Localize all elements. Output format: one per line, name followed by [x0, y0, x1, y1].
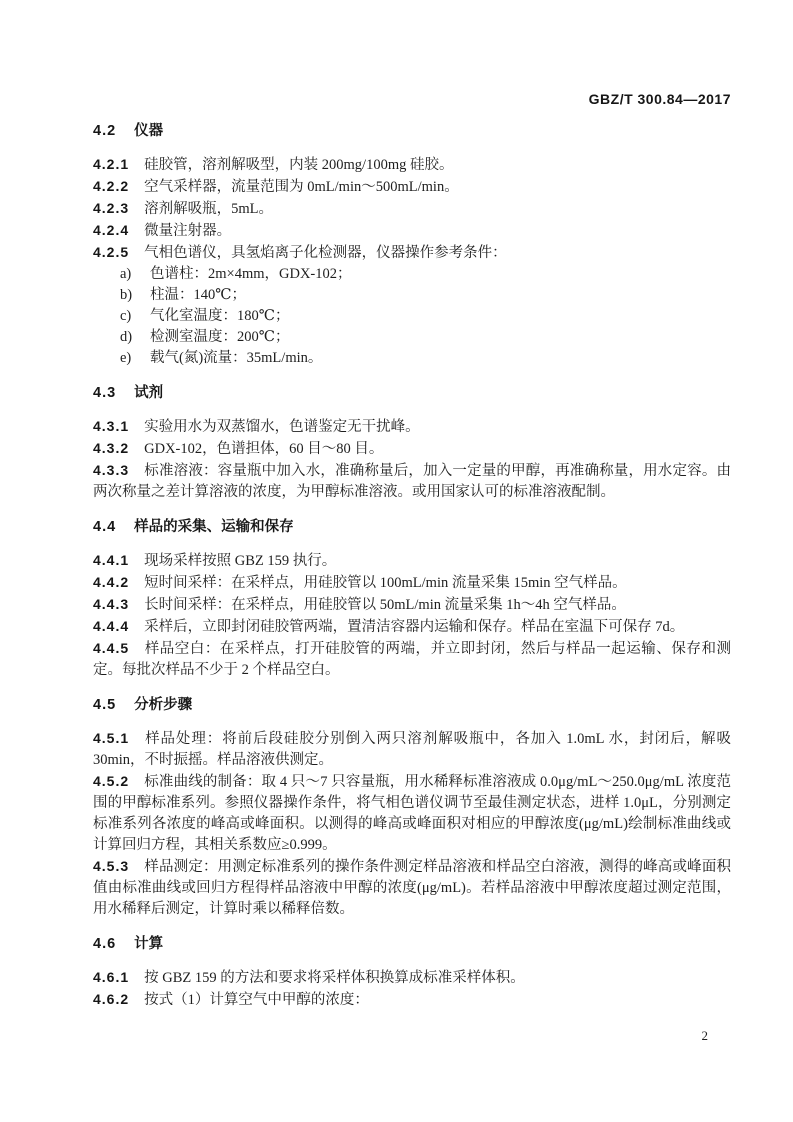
- condition-list: a)色谱柱：2m×4mm，GDX-102； b)柱温：140℃； c)气化室温度…: [93, 264, 731, 369]
- section-title: 计算: [134, 936, 163, 952]
- clause-number: 4.4.3: [93, 596, 129, 612]
- clause-number: 4.3.1: [93, 418, 129, 434]
- clause-4-4-2: 4.4.2短时间采样：在采样点，用硅胶管以 100mL/min 流量采集 15m…: [93, 572, 731, 594]
- section-calculation: 4.6计算 4.6.1按 GBZ 159 的方法和要求将采样体积换算成标准采样体…: [93, 934, 731, 1011]
- clause-text: 硅胶管，溶剂解吸型，内装 200mg/100mg 硅胶。: [144, 157, 453, 173]
- clause-text: 实验用水为双蒸馏水，色谱鉴定无干扰峰。: [144, 419, 420, 435]
- list-item-b: b)柱温：140℃；: [93, 285, 731, 306]
- clause-4-5-1: 4.5.1样品处理：将前后段硅胶分别倒入两只溶剂解吸瓶中，各加入 1.0mL 水…: [93, 728, 731, 771]
- clause-number: 4.4.4: [93, 618, 129, 634]
- clause-4-4-4: 4.4.4采样后，立即封闭硅胶管两端，置清洁容器内运输和保存。样品在室温下可保存…: [93, 616, 731, 638]
- clause-text: 样品测定：用测定标准系列的操作条件测定样品溶液和样品空白溶液，测得的峰高或峰面积…: [93, 859, 731, 917]
- page-content: GBZ/T 300.84—2017 4.2仪器 4.2.1硅胶管，溶剂解吸型，内…: [93, 0, 731, 1011]
- clause-number: 4.3.3: [93, 462, 129, 478]
- clause-4-5-3: 4.5.3样品测定：用测定标准系列的操作条件测定样品溶液和样品空白溶液，测得的峰…: [93, 856, 731, 920]
- clause-number: 4.4.5: [93, 640, 129, 656]
- clause-text: 空气采样器，流量范围为 0mL/min～500mL/min。: [144, 179, 459, 195]
- clause-number: 4.2.3: [93, 200, 129, 216]
- list-text: 检测室温度：200℃；: [150, 329, 289, 345]
- list-marker: c): [120, 306, 150, 327]
- clause-text: 按式（1）计算空气中甲醇的浓度：: [144, 992, 369, 1008]
- clause-4-4-1: 4.4.1现场采样按照 GBZ 159 执行。: [93, 550, 731, 572]
- section-number: 4.2: [93, 121, 116, 142]
- page-number: 2: [702, 1028, 709, 1044]
- list-text: 色谱柱：2m×4mm，GDX-102；: [150, 266, 352, 282]
- clause-number: 4.5.3: [93, 858, 129, 874]
- section-heading-reagents: 4.3试剂: [93, 383, 731, 404]
- clause-text: 样品处理：将前后段硅胶分别倒入两只溶剂解吸瓶中，各加入 1.0mL 水，封闭后，…: [93, 731, 731, 768]
- clause-text: 长时间采样：在采样点，用硅胶管以 50mL/min 流量采集 1h～4h 空气样…: [144, 597, 626, 613]
- clause-text: 标准溶液：容量瓶中加入水，准确称量后，加入一定量的甲醇，再准确称量，用水定容。由…: [93, 463, 731, 500]
- list-marker: a): [120, 264, 150, 285]
- clause-number: 4.4.2: [93, 574, 129, 590]
- list-item-e: e)载气(氮)流量：35mL/min。: [93, 348, 731, 369]
- clause-text: 气相色谱仪，具氢焰离子化检测器，仪器操作参考条件：: [144, 245, 507, 261]
- clause-4-2-1: 4.2.1硅胶管，溶剂解吸型，内装 200mg/100mg 硅胶。: [93, 154, 731, 176]
- section-title: 仪器: [134, 123, 163, 139]
- clause-text: 按 GBZ 159 的方法和要求将采样体积换算成标准采样体积。: [144, 970, 525, 986]
- clause-text: 标准曲线的制备：取 4 只～7 只容量瓶，用水稀释标准溶液成 0.0μg/mL～…: [93, 774, 731, 853]
- clause-number: 4.4.1: [93, 552, 129, 568]
- clause-4-2-4: 4.2.4微量注射器。: [93, 220, 731, 242]
- clause-text: 溶剂解吸瓶，5mL。: [144, 201, 273, 217]
- clause-4-3-2: 4.3.2GDX-102，色谱担体，60 目～80 目。: [93, 438, 731, 460]
- clause-text: 短时间采样：在采样点，用硅胶管以 100mL/min 流量采集 15min 空气…: [144, 575, 627, 591]
- clause-4-6-2: 4.6.2按式（1）计算空气中甲醇的浓度：: [93, 989, 731, 1011]
- list-item-c: c)气化室温度：180℃；: [93, 306, 731, 327]
- document-page: GBZ/T 300.84—2017 4.2仪器 4.2.1硅胶管，溶剂解吸型，内…: [0, 0, 793, 1122]
- section-sampling: 4.4样品的采集、运输和保存 4.4.1现场采样按照 GBZ 159 执行。 4…: [93, 517, 731, 681]
- clause-number: 4.2.2: [93, 178, 129, 194]
- clause-4-2-3: 4.2.3溶剂解吸瓶，5mL。: [93, 198, 731, 220]
- clause-4-3-1: 4.3.1实验用水为双蒸馏水，色谱鉴定无干扰峰。: [93, 416, 731, 438]
- section-reagents: 4.3试剂 4.3.1实验用水为双蒸馏水，色谱鉴定无干扰峰。 4.3.2GDX-…: [93, 383, 731, 503]
- clause-text: 样品空白：在采样点，打开硅胶管的两端，并立即封闭，然后与样品一起运输、保存和测定…: [93, 641, 731, 678]
- clause-number: 4.5.1: [93, 730, 129, 746]
- list-text: 柱温：140℃；: [150, 287, 246, 303]
- clause-4-4-5: 4.4.5样品空白：在采样点，打开硅胶管的两端，并立即封闭，然后与样品一起运输、…: [93, 638, 731, 681]
- clause-4-3-3: 4.3.3标准溶液：容量瓶中加入水，准确称量后，加入一定量的甲醇，再准确称量，用…: [93, 460, 731, 503]
- clause-number: 4.6.2: [93, 991, 129, 1007]
- section-instruments: 4.2仪器 4.2.1硅胶管，溶剂解吸型，内装 200mg/100mg 硅胶。 …: [93, 121, 731, 369]
- clause-4-2-2: 4.2.2空气采样器，流量范围为 0mL/min～500mL/min。: [93, 176, 731, 198]
- clause-4-2-5: 4.2.5气相色谱仪，具氢焰离子化检测器，仪器操作参考条件：: [93, 242, 731, 264]
- section-heading-sampling: 4.4样品的采集、运输和保存: [93, 517, 731, 538]
- list-item-d: d)检测室温度：200℃；: [93, 327, 731, 348]
- clause-number: 4.2.4: [93, 222, 129, 238]
- section-title: 分析步骤: [134, 697, 192, 713]
- section-heading-analysis-steps: 4.5分析步骤: [93, 695, 731, 716]
- clause-number: 4.2.1: [93, 156, 129, 172]
- list-item-a: a)色谱柱：2m×4mm，GDX-102；: [93, 264, 731, 285]
- clause-text: 采样后，立即封闭硅胶管两端，置清洁容器内运输和保存。样品在室温下可保存 7d。: [144, 619, 684, 635]
- list-marker: b): [120, 285, 150, 306]
- standard-number: GBZ/T 300.84—2017: [93, 0, 731, 107]
- section-heading-calculation: 4.6计算: [93, 934, 731, 955]
- clause-4-4-3: 4.4.3长时间采样：在采样点，用硅胶管以 50mL/min 流量采集 1h～4…: [93, 594, 731, 616]
- section-number: 4.3: [93, 383, 116, 404]
- clause-text: GDX-102，色谱担体，60 目～80 目。: [144, 441, 383, 457]
- list-text: 气化室温度：180℃；: [150, 308, 289, 324]
- section-heading-instruments: 4.2仪器: [93, 121, 731, 142]
- list-text: 载气(氮)流量：35mL/min。: [150, 350, 322, 366]
- section-number: 4.4: [93, 517, 116, 538]
- clause-number: 4.6.1: [93, 969, 129, 985]
- clause-4-6-1: 4.6.1按 GBZ 159 的方法和要求将采样体积换算成标准采样体积。: [93, 967, 731, 989]
- section-analysis-steps: 4.5分析步骤 4.5.1样品处理：将前后段硅胶分别倒入两只溶剂解吸瓶中，各加入…: [93, 695, 731, 920]
- section-number: 4.5: [93, 695, 116, 716]
- clause-4-5-2: 4.5.2标准曲线的制备：取 4 只～7 只容量瓶，用水稀释标准溶液成 0.0μ…: [93, 771, 731, 856]
- list-marker: e): [120, 348, 150, 369]
- clause-number: 4.5.2: [93, 773, 129, 789]
- clause-number: 4.2.5: [93, 244, 129, 260]
- list-marker: d): [120, 327, 150, 348]
- clause-number: 4.3.2: [93, 440, 129, 456]
- section-title: 试剂: [134, 385, 163, 401]
- clause-text: 微量注射器。: [144, 223, 231, 239]
- section-number: 4.6: [93, 934, 116, 955]
- section-title: 样品的采集、运输和保存: [134, 519, 294, 535]
- clause-text: 现场采样按照 GBZ 159 执行。: [144, 553, 336, 569]
